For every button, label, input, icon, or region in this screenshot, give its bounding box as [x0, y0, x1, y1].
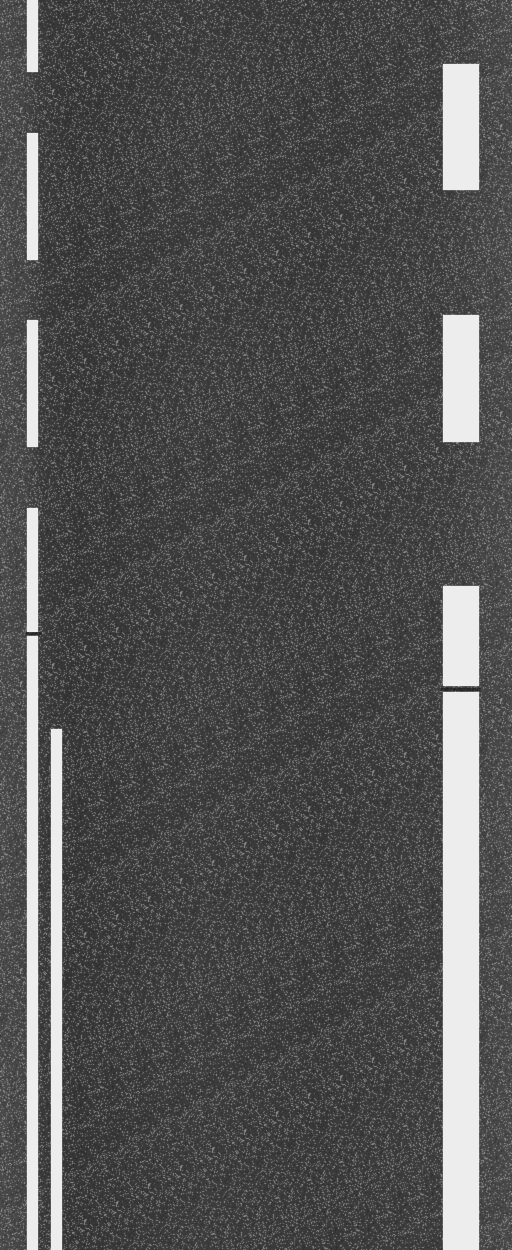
left-inner-solid-line	[51, 729, 62, 1250]
left-edge-dash	[27, 508, 38, 632]
right-solid-line	[443, 692, 479, 1250]
left-edge-dash	[27, 133, 38, 260]
right-dash	[443, 315, 479, 442]
asphalt-texture	[0, 0, 512, 1250]
right-dash	[443, 64, 479, 190]
road-surface	[0, 0, 512, 1250]
right-seam	[441, 688, 481, 691]
left-edge-dash	[27, 0, 38, 72]
right-dash	[443, 586, 479, 686]
left-edge-solid-line	[27, 636, 38, 1250]
left-edge-seam	[26, 632, 42, 635]
left-edge-dash	[27, 320, 38, 447]
